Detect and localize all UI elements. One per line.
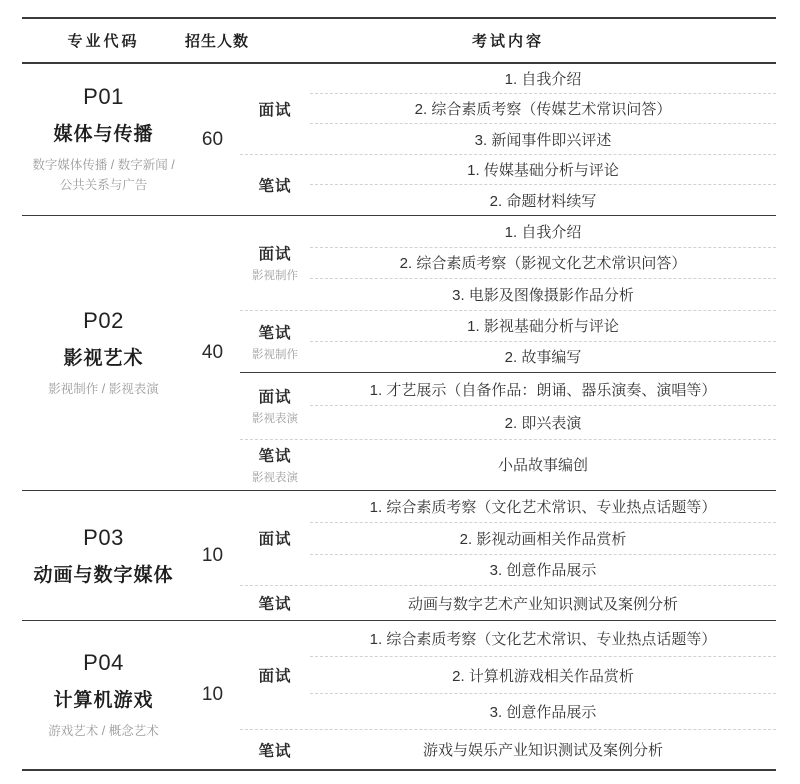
major-info-p03: P03 动画与数字媒体 [22,491,185,620]
exam-type-cell: 笔试 [240,155,310,215]
exam-type-label: 面试 [258,242,291,264]
exam-item: 小品故事编创 [310,440,776,490]
major-info-p02: P02 影视艺术 影视制作 / 影视表演 [22,216,185,490]
header-enrollment: 招生人数 [185,30,240,51]
section-p03: P03 动画与数字媒体 10 面试 1. 综合素质考察（文化艺术常识、专业热点话… [22,491,776,621]
exam-type-cell: 面试 [240,491,310,585]
enrollment-count: 40 [185,216,240,490]
major-name: 计算机游戏 [53,685,153,712]
exam-type-label: 面试 [258,527,291,549]
exam-items: 1. 传媒基础分析与评论 2. 命题材料续写 [310,155,776,215]
exam-group-interview: 面试 1. 综合素质考察（文化艺术常识、专业热点话题等） 2. 计算机游戏相关作… [240,621,776,729]
exam-type-cell: 笔试 [240,730,310,769]
section-p01: P01 媒体与传播 数字媒体传播 / 数字新闻 / 公共关系与广告 60 面试 … [22,64,776,216]
major-subtitle-line: 公共关系与广告 [32,175,174,195]
exam-item: 3. 创意作品展示 [310,554,776,586]
major-code: P04 [83,650,124,676]
exam-item: 1. 才艺展示（自备作品：朗诵、器乐演奏、演唱等） [310,373,776,405]
major-code: P01 [83,84,124,110]
major-subtitle-line: 影视制作 / 影视表演 [48,379,158,399]
exam-type-label: 面试 [258,385,291,407]
exam-items: 1. 自我介绍 2. 综合素质考察（影视文化艺术常识问答） 3. 电影及图像摄影… [310,216,776,310]
enrollment-count: 10 [185,491,240,620]
exam-item: 2. 故事编写 [310,341,776,372]
exam-items: 1. 自我介绍 2. 综合素质考察（传媒艺术常识问答） 3. 新闻事件即兴评述 [310,64,776,154]
enrollment-count: 60 [185,64,240,215]
major-subtitle: 数字媒体传播 / 数字新闻 / 公共关系与广告 [32,155,174,195]
major-subtitle: 游戏艺术 / 概念艺术 [48,721,158,741]
major-name: 影视艺术 [63,343,143,370]
exam-type-label: 面试 [258,98,291,120]
enrollment-count: 10 [185,621,240,769]
exam-type-sublabel: 影视制作 [252,267,298,283]
major-name: 动画与数字媒体 [33,560,173,587]
exam-type-label: 笔试 [258,444,291,466]
exam-item: 2. 综合素质考察（传媒艺术常识问答） [310,93,776,123]
exam-group-written-production: 笔试 影视制作 1. 影视基础分析与评论 2. 故事编写 [240,310,776,372]
section-p04: P04 计算机游戏 游戏艺术 / 概念艺术 10 面试 1. 综合素质考察（文化… [22,621,776,769]
exam-group-written-performance: 笔试 影视表演 小品故事编创 [240,439,776,490]
exam-type-label: 笔试 [258,739,291,761]
exam-item: 3. 新闻事件即兴评述 [310,123,776,153]
exam-type-cell: 面试 影视表演 [240,373,310,439]
exam-item: 1. 影视基础分析与评论 [310,311,776,341]
exam-type-cell: 笔试 影视制作 [240,311,310,372]
exam-item: 1. 自我介绍 [310,216,776,247]
exam-group-written: 笔试 游戏与娱乐产业知识测试及案例分析 [240,729,776,769]
exam-group-interview: 面试 1. 综合素质考察（文化艺术常识、专业热点话题等） 2. 影视动画相关作品… [240,491,776,585]
exam-type-label: 面试 [258,664,291,686]
exam-type-sublabel: 影视制作 [252,346,298,362]
exam-groups-p04: 面试 1. 综合素质考察（文化艺术常识、专业热点话题等） 2. 计算机游戏相关作… [240,621,776,769]
exam-type-cell: 笔试 [240,586,310,620]
section-p02: P02 影视艺术 影视制作 / 影视表演 40 面试 影视制作 1. 自我介绍 … [22,216,776,491]
exam-item: 1. 综合素质考察（文化艺术常识、专业热点话题等） [310,621,776,656]
major-code: P03 [83,525,124,551]
exam-type-cell: 面试 影视制作 [240,216,310,310]
major-info-p01: P01 媒体与传播 数字媒体传播 / 数字新闻 / 公共关系与广告 [22,64,185,215]
exam-groups-p02: 面试 影视制作 1. 自我介绍 2. 综合素质考察（影视文化艺术常识问答） 3.… [240,216,776,490]
exam-type-sublabel: 影视表演 [252,469,298,485]
exam-item: 3. 创意作品展示 [310,693,776,729]
exam-items: 1. 影视基础分析与评论 2. 故事编写 [310,311,776,372]
exam-item: 2. 即兴表演 [310,405,776,438]
exam-groups-p03: 面试 1. 综合素质考察（文化艺术常识、专业热点话题等） 2. 影视动画相关作品… [240,491,776,620]
major-subtitle-line: 游戏艺术 / 概念艺术 [48,721,158,741]
exam-type-cell: 面试 [240,64,310,154]
exam-item: 2. 综合素质考察（影视文化艺术常识问答） [310,247,776,279]
exam-groups-p01: 面试 1. 自我介绍 2. 综合素质考察（传媒艺术常识问答） 3. 新闻事件即兴… [240,64,776,215]
major-subtitle-line: 数字媒体传播 / 数字新闻 / [32,155,174,175]
header-major-code: 专业代码 [22,30,185,51]
exam-item: 1. 自我介绍 [310,64,776,93]
table-header-row: 专业代码 招生人数 考试内容 [22,19,776,64]
exam-item: 1. 综合素质考察（文化艺术常识、专业热点话题等） [310,491,776,522]
exam-type-sublabel: 影视表演 [252,410,298,426]
exam-item: 1. 传媒基础分析与评论 [310,155,776,185]
exam-group-interview: 面试 1. 自我介绍 2. 综合素质考察（传媒艺术常识问答） 3. 新闻事件即兴… [240,64,776,154]
exam-items: 1. 综合素质考察（文化艺术常识、专业热点话题等） 2. 影视动画相关作品赏析 … [310,491,776,585]
exam-content-table: 专业代码 招生人数 考试内容 P01 媒体与传播 数字媒体传播 / 数字新闻 /… [22,17,776,771]
exam-item: 2. 计算机游戏相关作品赏析 [310,656,776,692]
exam-items: 1. 才艺展示（自备作品：朗诵、器乐演奏、演唱等） 2. 即兴表演 [310,373,776,439]
exam-items: 动画与数字艺术产业知识测试及案例分析 [310,586,776,620]
exam-item: 动画与数字艺术产业知识测试及案例分析 [310,586,776,620]
major-code: P02 [83,308,124,334]
exam-item: 游戏与娱乐产业知识测试及案例分析 [310,730,776,769]
exam-type-label: 笔试 [258,174,291,196]
exam-type-cell: 笔试 影视表演 [240,440,310,490]
major-subtitle: 影视制作 / 影视表演 [48,379,158,399]
exam-type-label: 笔试 [258,592,291,614]
exam-group-interview-production: 面试 影视制作 1. 自我介绍 2. 综合素质考察（影视文化艺术常识问答） 3.… [240,216,776,310]
exam-type-cell: 面试 [240,621,310,729]
exam-items: 游戏与娱乐产业知识测试及案例分析 [310,730,776,769]
exam-group-written: 笔试 动画与数字艺术产业知识测试及案例分析 [240,585,776,620]
header-exam-content: 考试内容 [240,30,776,51]
exam-items: 1. 综合素质考察（文化艺术常识、专业热点话题等） 2. 计算机游戏相关作品赏析… [310,621,776,729]
exam-group-written: 笔试 1. 传媒基础分析与评论 2. 命题材料续写 [240,154,776,215]
exam-item: 2. 命题材料续写 [310,184,776,215]
admissions-exam-table-page: 专业代码 招生人数 考试内容 P01 媒体与传播 数字媒体传播 / 数字新闻 /… [0,0,800,784]
major-name: 媒体与传播 [53,119,153,146]
exam-group-interview-performance: 面试 影视表演 1. 才艺展示（自备作品：朗诵、器乐演奏、演唱等） 2. 即兴表… [240,372,776,439]
exam-type-label: 笔试 [258,321,291,343]
exam-items: 小品故事编创 [310,440,776,490]
exam-item: 3. 电影及图像摄影作品分析 [310,278,776,310]
major-info-p04: P04 计算机游戏 游戏艺术 / 概念艺术 [22,621,185,769]
exam-item: 2. 影视动画相关作品赏析 [310,522,776,554]
